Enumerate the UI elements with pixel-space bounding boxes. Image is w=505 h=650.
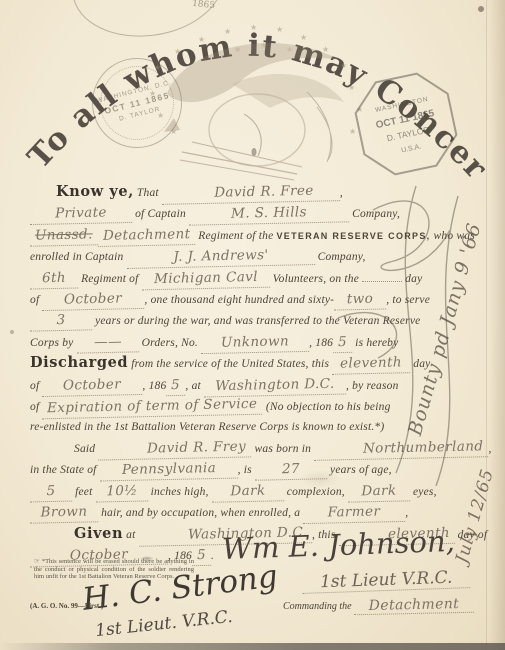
printed-text: from the service of the United States, t…	[128, 358, 332, 370]
form-line: enrolled in Captain J. J. Andrews' Compa…	[30, 246, 480, 267]
printed-text: (No objection to his being	[263, 401, 391, 413]
printed-text: Corps by	[30, 337, 77, 349]
scan-edge-right	[489, 0, 505, 650]
state-unit-entry: Michigan Cavl	[141, 266, 269, 290]
printed-text: is hereby	[352, 337, 398, 349]
printed-text: , by reason	[346, 380, 399, 392]
printed-text: in the State of	[30, 464, 100, 476]
printed-text: , one thousand eight hundred and sixty-	[144, 294, 334, 306]
orders-number-entry: Unknown	[201, 331, 309, 355]
circular-stamp-line: WASHINGTON, D.C.	[96, 79, 172, 104]
form-line: in the State of Pennsylvania, is 27 year…	[30, 459, 480, 480]
svg-text:★: ★	[340, 61, 347, 70]
form-line: 6th Regiment of Michigan Cavl Volunteers…	[30, 268, 480, 289]
form-line: Private of Captain M. S. Hills Company,	[30, 203, 480, 224]
discharge-reason-entry: Expiration of term of Service	[42, 394, 263, 420]
height-inches-entry: 10½	[95, 480, 147, 502]
printed-text: inches high,	[148, 486, 212, 498]
handwritten-entry: 5	[192, 545, 211, 567]
printed-text: complexion,	[284, 486, 348, 498]
printed-text: Orders, No.	[139, 337, 202, 349]
commanding-line: Commanding the Detachment	[283, 597, 474, 614]
printed-text: was born in	[251, 443, 314, 455]
regiment-entry-struck: Unassd.	[30, 224, 98, 247]
printed-text: Regiment of the	[195, 230, 276, 242]
printed-text: of	[30, 380, 42, 392]
complexion-entry: Dark	[211, 480, 283, 503]
blank-underline	[362, 268, 402, 282]
regiment-entry: Detachment	[98, 224, 196, 247]
form-number: (A. G. O. No. 99—First.)	[30, 602, 103, 610]
printed-text: of	[30, 294, 42, 306]
printed-text: Company,	[315, 251, 366, 263]
printed-text: at	[123, 529, 139, 541]
printed-text: , is	[238, 464, 255, 476]
printed-text: day	[402, 273, 422, 285]
commanding-label: Commanding the	[283, 601, 352, 612]
given-label: Given	[74, 525, 123, 542]
printed-text: ,	[340, 187, 343, 199]
enlist-year-entry: two	[334, 288, 386, 310]
printed-text: , 186	[309, 337, 333, 349]
discharged-label: Discharged	[30, 354, 128, 371]
handwritten-entry: 5	[333, 332, 352, 354]
ink-speck	[10, 330, 14, 334]
veteran-reserve-corps-label: VETERAN RESERVE CORPS,	[277, 231, 431, 241]
svg-text:★: ★	[198, 35, 205, 44]
age-entry: 27	[255, 459, 327, 482]
paper-crease	[486, 0, 487, 650]
term-years-entry: 3	[30, 310, 92, 333]
discharge-month-entry: October	[42, 374, 142, 397]
printed-text: , to serve	[386, 294, 430, 306]
form-line: Discharged from the service of the Unite…	[30, 353, 480, 374]
discharge-certificate-document: 1865 To all whom it may Concern. ★★★ ★★★…	[0, 0, 505, 650]
printed-text: feet	[72, 486, 96, 498]
printed-text: eyes,	[410, 486, 437, 498]
printed-text: Volunteers, on the	[270, 273, 362, 285]
printed-text: of Captain	[132, 208, 189, 220]
form-line: 3 years or during the war, and was trans…	[30, 310, 480, 331]
printed-text: years or during the war, and was transfe…	[92, 315, 420, 327]
commanding-unit-entry: Detachment	[354, 596, 474, 616]
svg-text:★: ★	[250, 23, 257, 32]
form-line: Unassd.Detachment Regiment of the VETERA…	[30, 225, 480, 246]
svg-text:★: ★	[174, 47, 181, 56]
printed-text: enrolled in Captain	[30, 251, 127, 263]
octagon-stamp-line: U.S.A.	[401, 143, 422, 154]
captain-name-entry: M. S. Hills	[189, 202, 349, 227]
birth-state-entry: Pennsylvania	[99, 458, 237, 482]
circular-stamp-date: OCT 11 1865	[103, 90, 170, 116]
printed-text: , 186	[142, 380, 166, 392]
svg-text:★: ★	[322, 45, 329, 54]
form-line: 5 feet 10½ inches high, Dark complexion,…	[30, 481, 480, 502]
svg-text:★: ★	[234, 45, 241, 54]
know-ye-label: Know ye,	[56, 183, 134, 200]
discharge-day-entry: eleventh	[332, 352, 410, 375]
printed-text: Said	[74, 443, 98, 455]
rank-entry: Private	[30, 202, 132, 226]
form-line: Know ye, That David R. Free,	[30, 182, 480, 203]
form-line: Brown hair, and by occupation, when enro…	[30, 502, 480, 523]
svg-text:★: ★	[260, 41, 267, 50]
printed-text: re-enlisted in the 1st Battalion Veteran…	[30, 421, 384, 433]
printed-text: ,	[405, 507, 408, 519]
commander-rank: 1st Lieut V.R.C.	[302, 567, 471, 594]
circular-stamp-line: D. TAYLOR	[118, 106, 161, 123]
footnote-text: ☞ *This sentence will be erased should t…	[34, 558, 194, 581]
enlist-month-entry: October	[42, 288, 144, 312]
form-line: Said David R. Frey was born in Northumbe…	[30, 438, 480, 459]
height-feet-entry: 5	[30, 480, 72, 502]
scan-edge-bottom	[0, 643, 505, 650]
printed-text: That	[134, 187, 162, 199]
form-line: Corps by —— Orders, No. Unknown, 1865 is…	[30, 332, 480, 353]
printed-text: years of age,	[327, 464, 392, 476]
printed-text: Company,	[349, 208, 400, 220]
handwritten-entry: ——	[76, 331, 138, 354]
printed-text: of	[30, 401, 42, 413]
birthplace-entry: Northumberland	[314, 436, 489, 461]
occupation-entry: Farmer	[303, 501, 405, 525]
handwritten-entry: 5	[166, 374, 185, 396]
printed-text: Regiment of	[78, 273, 142, 285]
regiment-number-entry: 6th	[30, 267, 78, 289]
hair-entry: Brown	[30, 501, 98, 524]
printed-text: , at	[185, 380, 204, 392]
svg-text:★: ★	[224, 27, 231, 36]
enrolling-captain-entry: J. J. Andrews'	[126, 244, 314, 269]
form-line: of October, one thousand eight hundred a…	[30, 289, 480, 310]
svg-text:★: ★	[286, 45, 293, 54]
svg-text:★: ★	[300, 33, 307, 42]
printed-text: hair, and by occupation, when enrolled, …	[98, 507, 303, 519]
eyes-entry: Dark	[348, 480, 410, 503]
printed-text: .	[211, 550, 214, 562]
svg-text:★: ★	[276, 25, 283, 34]
octagon-stamp: WASHINGTON OCT 11 1865 D. TAYLOR U.S.A.	[352, 70, 460, 178]
body-lines: Know ye, That David R. Free,Private of C…	[30, 182, 480, 566]
